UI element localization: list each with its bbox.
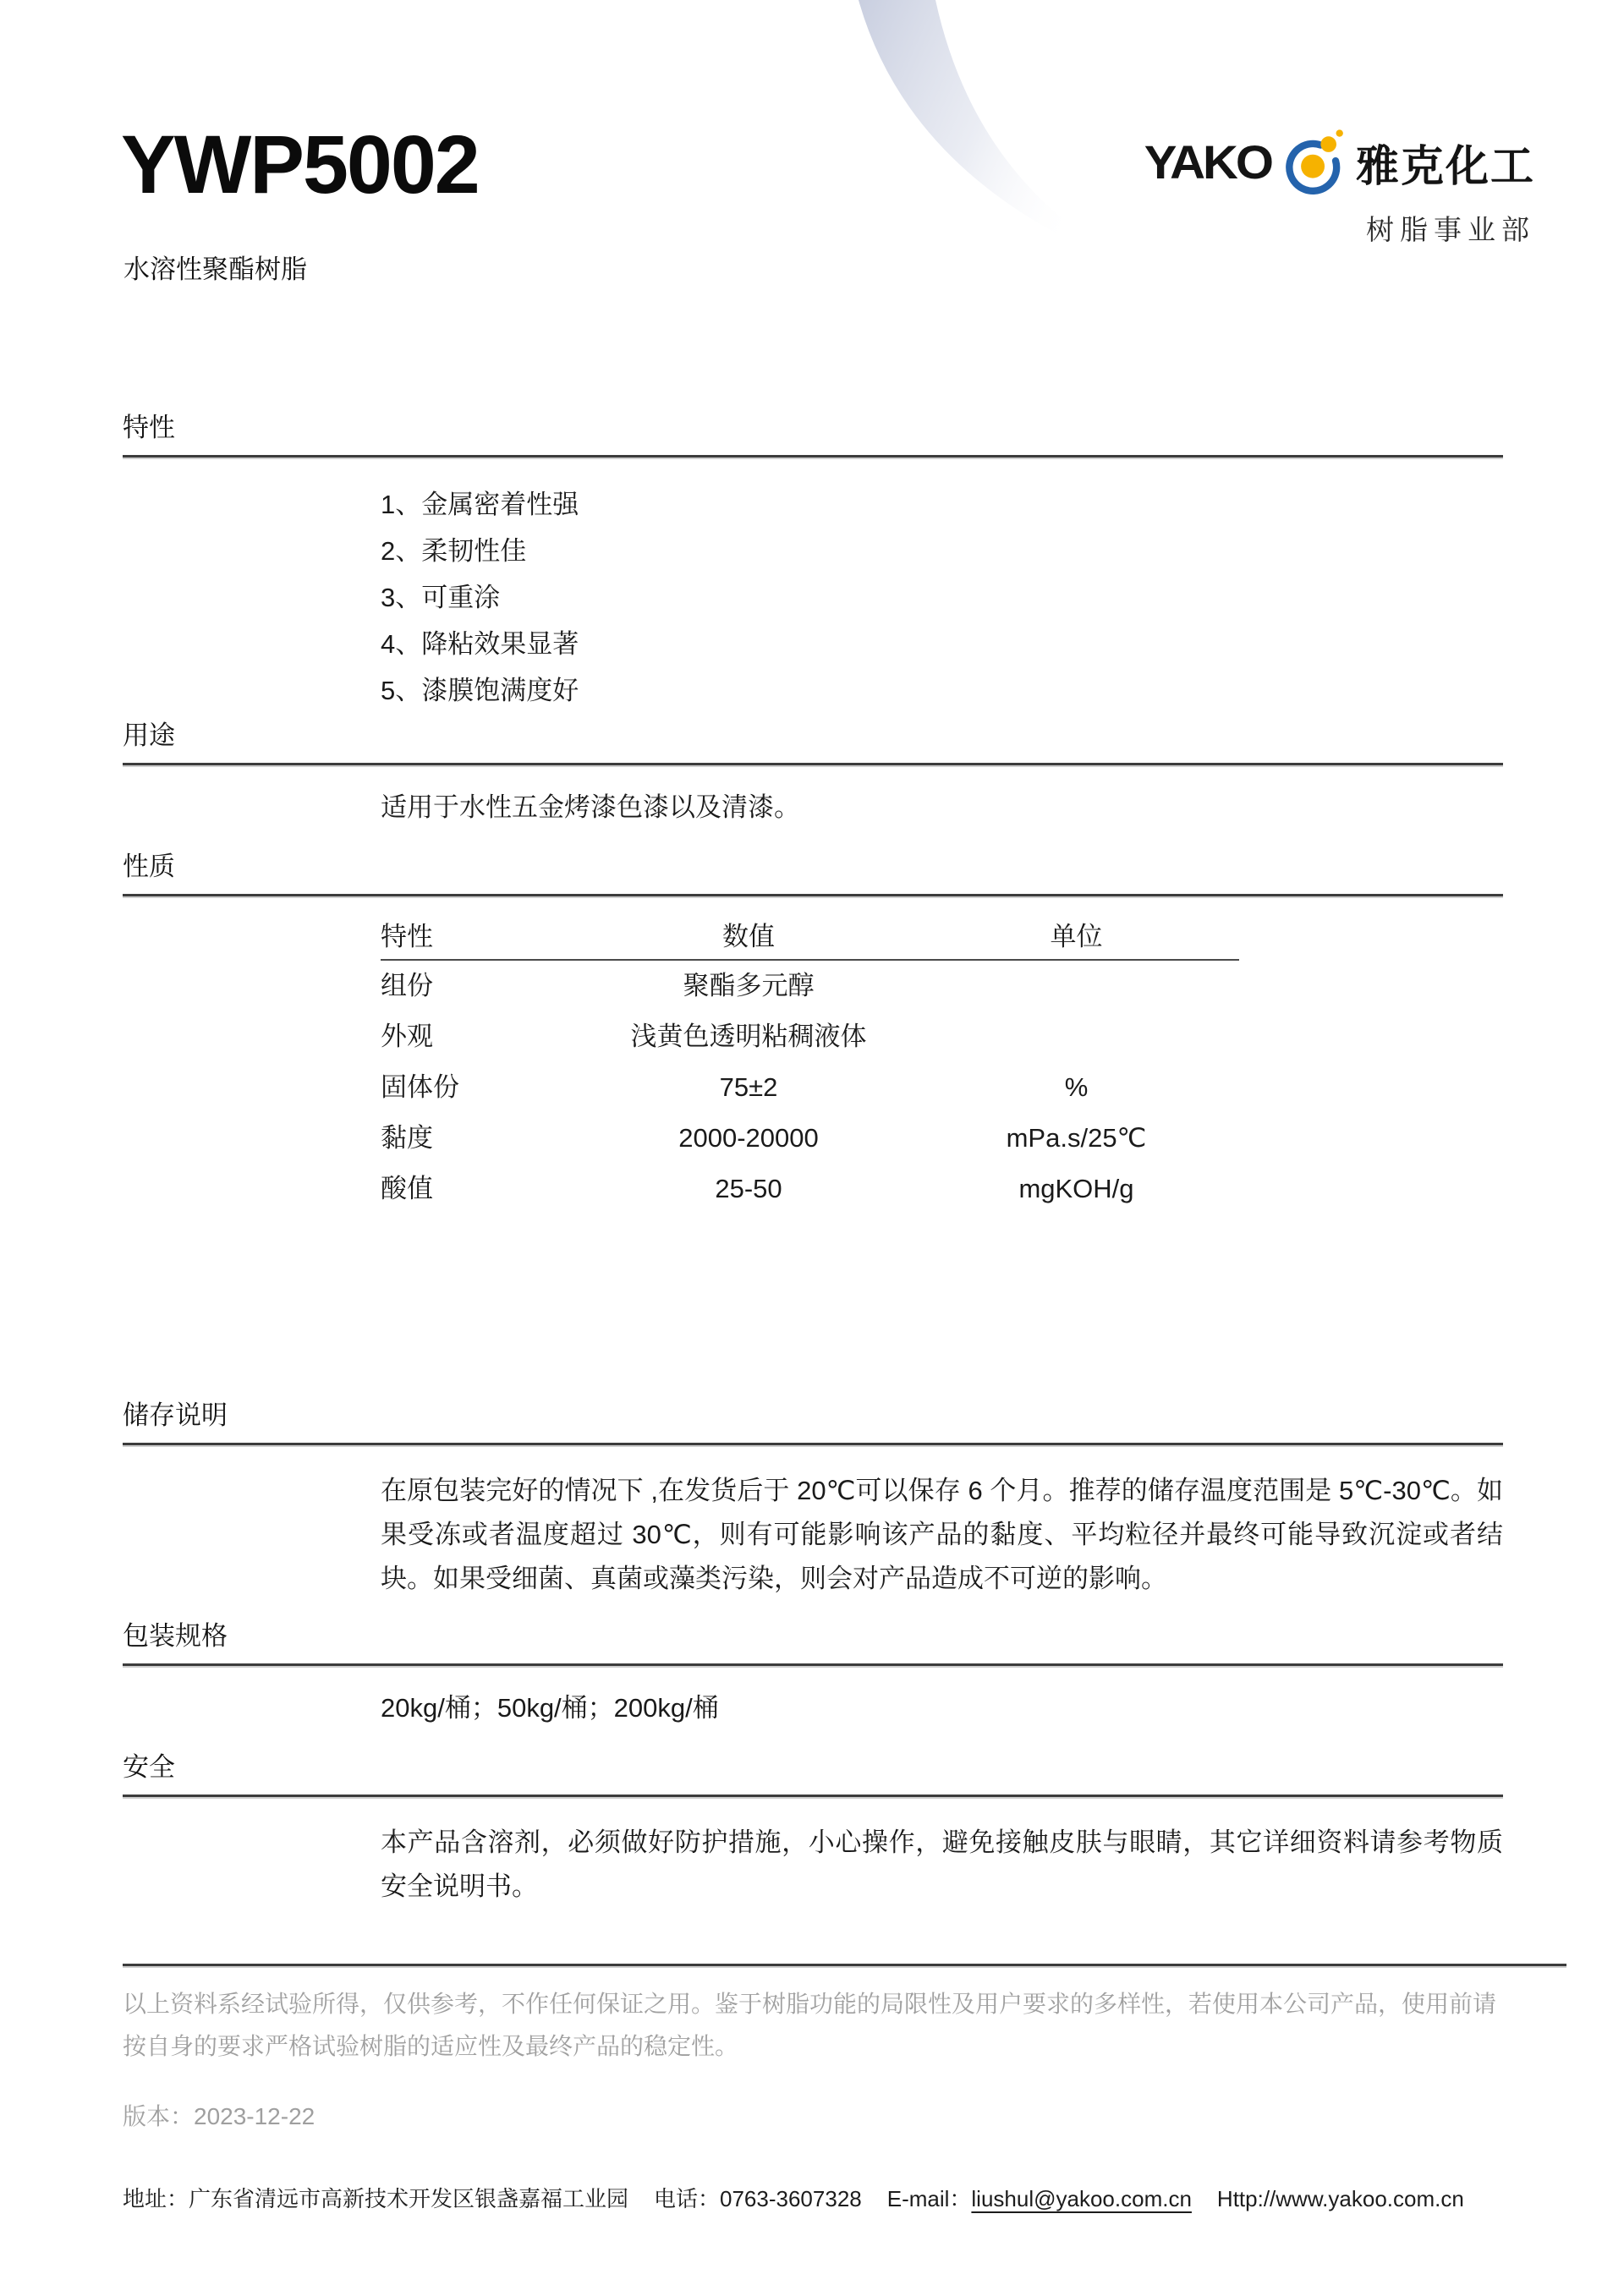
footer-contact: 地址：广东省清远市高新技术开发区银盏嘉福工业园 电话：0763-3607328 … [123, 2182, 1464, 2213]
table-cell-property: 组份 [381, 961, 584, 1011]
table-cell-value: 75±2 [584, 1062, 913, 1113]
table-cell-unit: mPa.s/25℃ [913, 1113, 1239, 1164]
section-usage-title: 用途 [123, 721, 1503, 751]
feature-item: 1、金属密着性强 [381, 481, 1503, 528]
section-features-title: 特性 [123, 413, 1503, 443]
table-cell-property: 酸值 [381, 1164, 584, 1214]
table-cell-property: 固体份 [381, 1062, 584, 1113]
page-title: YWP5002 [121, 123, 479, 205]
section-storage: 储存说明 在原包装完好的情况下 ,在发货后于 20℃可以保存 6 个月。推荐的储… [123, 1400, 1503, 1601]
main-content: 特性 1、金属密着性强 2、柔韧性佳 3、可重涂 4、降粘效果显著 5、漆膜饱满… [123, 413, 1503, 2132]
footer-website: Http://www.yakoo.com.cn [1217, 2186, 1464, 2212]
table-cell-value: 25-50 [584, 1164, 913, 1214]
footer-address: 地址：广东省清远市高新技术开发区银盏嘉福工业园 [123, 2182, 628, 2213]
section-properties-title: 性质 [123, 852, 1503, 882]
section-storage-title: 储存说明 [123, 1400, 1503, 1431]
table-cell-unit [913, 1011, 1239, 1062]
feature-item: 5、漆膜饱满度好 [381, 667, 1503, 714]
feature-item: 3、可重涂 [381, 574, 1503, 621]
table-cell-property: 黏度 [381, 1113, 584, 1164]
properties-table-header: 特性 数值 单位 [381, 920, 1239, 961]
table-row: 黏度 2000-20000 mPa.s/25℃ [381, 1113, 1239, 1164]
product-subtitle: 水溶性聚酯树脂 [123, 254, 307, 285]
brand-logo: YAKO 雅克化工 树脂事业部 [1144, 127, 1535, 248]
feature-item: 4、降粘效果显著 [381, 621, 1503, 667]
table-cell-unit: % [913, 1062, 1239, 1113]
section-safety: 安全 本产品含溶剂，必须做好防护措施，小心操作，避免接触皮肤与眼睛，其它详细资料… [123, 1752, 1503, 1909]
usage-text: 适用于水性五金烤漆色漆以及清漆。 [381, 789, 1503, 826]
yako-wordmark: YAKO [1144, 135, 1271, 189]
feature-item: 2、柔韧性佳 [381, 528, 1503, 574]
yako-logo-icon [1280, 127, 1347, 198]
features-list: 1、金属密着性强 2、柔韧性佳 3、可重涂 4、降粘效果显著 5、漆膜饱满度好 [123, 459, 1503, 714]
footer-phone: 电话：0763-3607328 [654, 2182, 862, 2213]
section-usage: 用途 适用于水性五金烤漆色漆以及清漆。 [123, 721, 1503, 826]
storage-text: 在原包装完好的情况下 ,在发货后于 20℃可以保存 6 个月。推荐的储存温度范围… [381, 1469, 1503, 1601]
section-features: 特性 1、金属密着性强 2、柔韧性佳 3、可重涂 4、降粘效果显著 5、漆膜饱满… [123, 413, 1503, 714]
table-row: 固体份 75±2 % [381, 1062, 1239, 1113]
section-packaging-title: 包装规格 [123, 1621, 1503, 1652]
footer-email-link[interactable]: liushul@yakoo.com.cn [971, 2186, 1192, 2211]
table-header-cell: 特性 [381, 920, 584, 954]
table-row: 组份 聚酯多元醇 [381, 961, 1239, 1011]
properties-table-body: 组份 聚酯多元醇 外观 浅黄色透明粘稠液体 [381, 961, 1239, 1214]
table-row: 外观 浅黄色透明粘稠液体 [381, 1011, 1239, 1062]
table-cell-unit: mgKOH/g [913, 1164, 1239, 1214]
safety-text: 本产品含溶剂，必须做好防护措施，小心操作，避免接触皮肤与眼睛，其它详细资料请参考… [381, 1821, 1503, 1909]
table-header-cell: 数值 [584, 920, 913, 954]
section-packaging: 包装规格 20kg/桶；50kg/桶；200kg/桶 [123, 1621, 1503, 1727]
footer-email-label: E-mail： [887, 2186, 972, 2211]
datasheet-page: YWP5002 水溶性聚酯树脂 YAKO 雅克化工 树脂事业部 特性 1、金属密… [0, 0, 1624, 2296]
section-properties: 性质 特性 数值 单位 [123, 852, 1503, 1214]
disclaimer-text: 以上资料系经试验所得，仅供参考，不作任何保证之用。鉴于树脂功能的局限性及用户要求… [123, 1968, 1518, 2068]
packaging-text: 20kg/桶；50kg/桶；200kg/桶 [381, 1690, 1503, 1727]
table-header-cell: 单位 [913, 920, 1239, 954]
version-text: 版本：2023-12-22 [123, 2098, 1503, 2132]
company-name: 雅克化工 [1356, 131, 1535, 194]
table-cell-property: 外观 [381, 1011, 584, 1062]
table-cell-value: 聚酯多元醇 [584, 961, 913, 1011]
properties-table: 特性 数值 单位 组份 聚酯多元醇 [381, 920, 1239, 1214]
table-cell-unit [913, 961, 1239, 1011]
table-cell-value: 2000-20000 [584, 1113, 913, 1164]
table-row: 酸值 25-50 mgKOH/g [381, 1164, 1239, 1214]
table-cell-value: 浅黄色透明粘稠液体 [584, 1011, 913, 1062]
division-name: 树脂事业部 [1144, 208, 1535, 248]
section-safety-title: 安全 [123, 1752, 1503, 1783]
